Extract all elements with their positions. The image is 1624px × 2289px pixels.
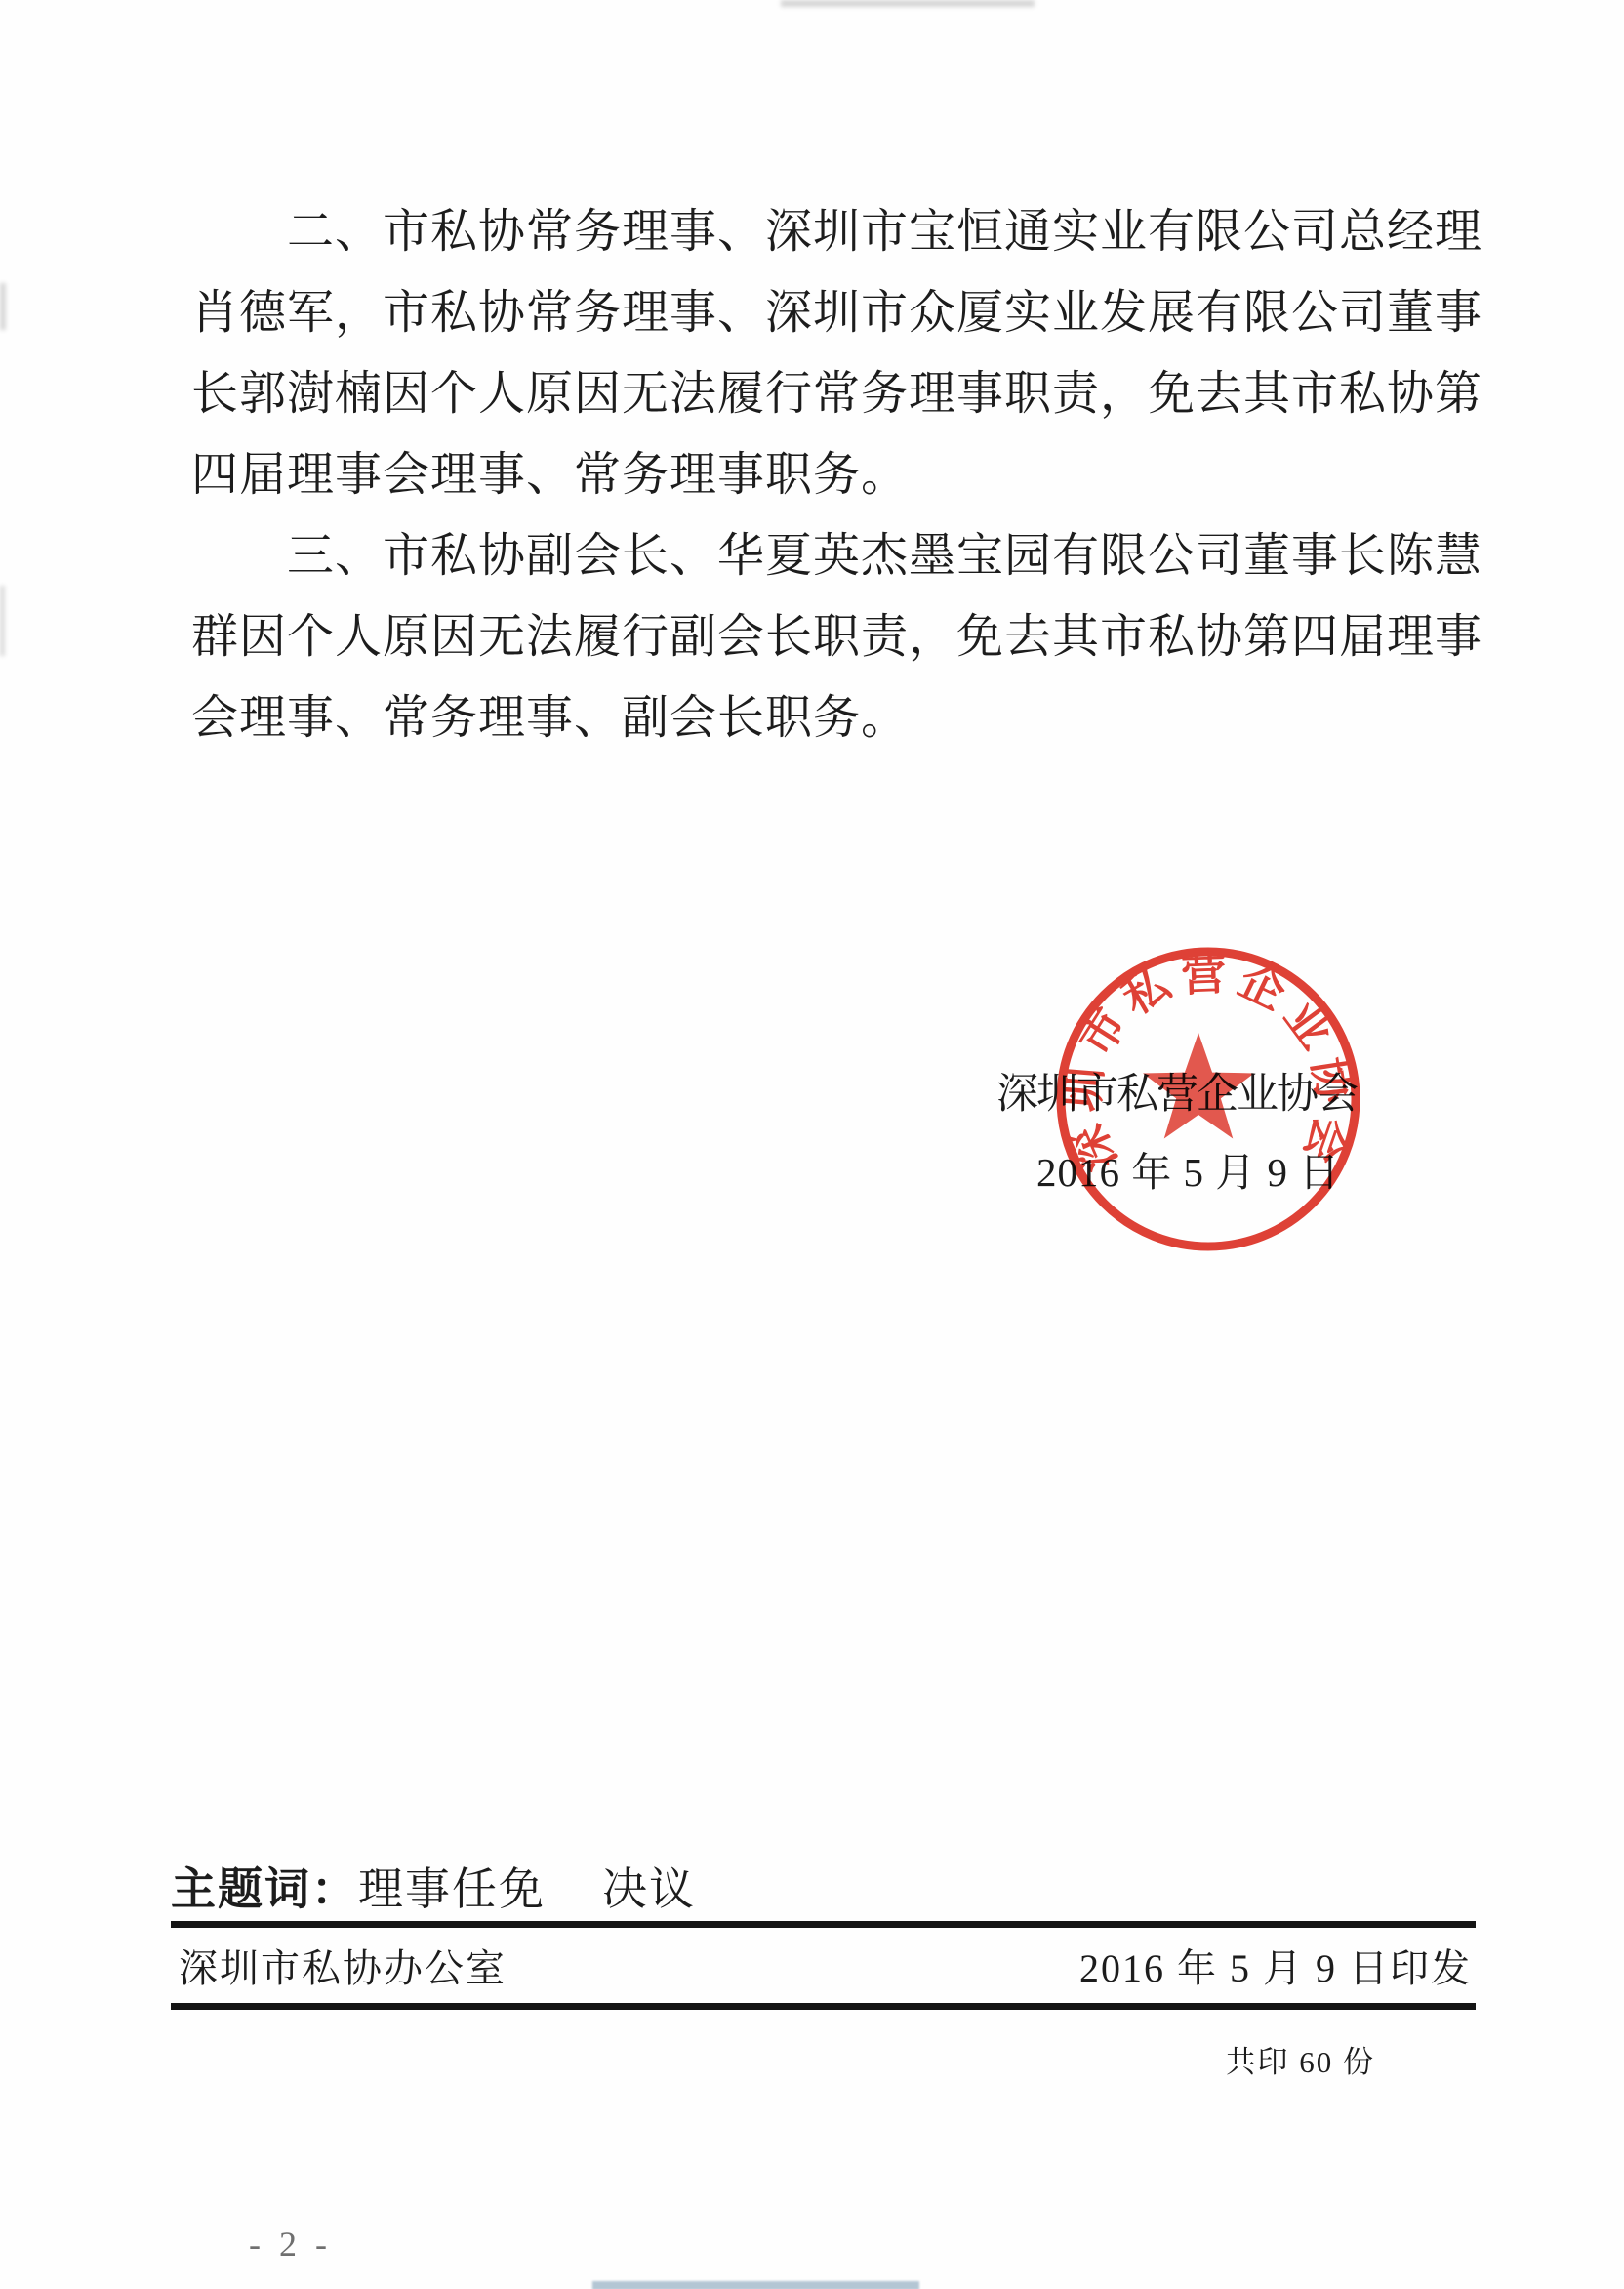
scanned-document-page: 二、市私协常务理事、深圳市宝恒通实业有限公司总经理 肖德军，市私协常务理事、深圳… — [0, 0, 1624, 2289]
print-copies: 共印 60 份 — [171, 2037, 1476, 2081]
document-body: 二、市私协常务理事、深圳市宝恒通实业有限公司总经理 肖德军，市私协常务理事、深圳… — [191, 191, 1445, 758]
subject-term: 理事任免 — [358, 1864, 546, 1914]
footer-rule-bottom — [171, 2003, 1476, 2010]
document-footer: 主题词：理事任免决议 深圳市私协办公室 2016 年 5 月 9 日印发 共印 … — [171, 1860, 1476, 2081]
body-line: 四届理事会理事、常务理事职务。 — [191, 434, 1445, 515]
office-row: 深圳市私协办公室 2016 年 5 月 9 日印发 — [171, 1928, 1476, 2003]
subject-row: 主题词：理事任免决议 — [171, 1860, 1476, 1920]
issuing-office: 深圳市私协办公室 — [179, 1938, 507, 1993]
print-date: 2016 年 5 月 9 日印发 — [1079, 1938, 1472, 1993]
official-seal: 深圳市私营企业协会 — [1042, 933, 1374, 1265]
scan-artifact-top-edge — [781, 0, 1035, 7]
body-line: 长郭澍楠因个人原因无法履行常务理事职责，免去其市私协第 — [191, 353, 1445, 434]
scan-artifact-bottom-edge — [592, 2281, 919, 2289]
subject-label: 主题词： — [171, 1864, 358, 1914]
body-line: 会理事、常务理事、副会长职务。 — [191, 677, 1445, 758]
scan-artifact-left-edge — [0, 586, 5, 656]
subject-term: 决议 — [602, 1864, 696, 1914]
page-number: - 2 - — [249, 2224, 332, 2265]
footer-rule-top — [171, 1921, 1476, 1928]
scan-artifact-left-edge — [0, 283, 6, 330]
star-icon — [1143, 1033, 1254, 1139]
body-line: 群因个人原因无法履行副会长职责，免去其市私协第四届理事 — [191, 596, 1445, 677]
body-line: 肖德军，市私协常务理事、深圳市众厦实业发展有限公司董事 — [191, 272, 1445, 353]
body-line: 二、市私协常务理事、深圳市宝恒通实业有限公司总经理 — [191, 191, 1445, 272]
body-line: 三、市私协副会长、华夏英杰墨宝园有限公司董事长陈慧 — [191, 515, 1445, 596]
